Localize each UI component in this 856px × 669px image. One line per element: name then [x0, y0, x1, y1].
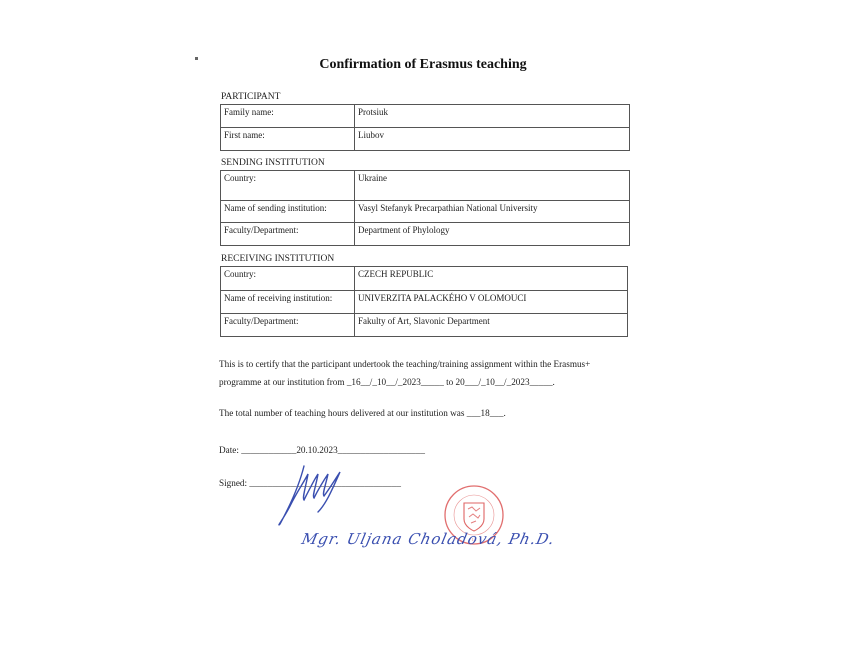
receiving-faculty-value: Fakulty of Art, Slavonic Department [355, 314, 628, 337]
first-name-value: Liubov [355, 128, 630, 151]
teaching-hours-line: The total number of teaching hours deliv… [219, 404, 506, 422]
receiving-country-value: CZECH REPUBLIC [355, 267, 628, 291]
sending-faculty-label: Faculty/Department: [221, 223, 355, 246]
table-row: Faculty/Department: Fakulty of Art, Slav… [221, 314, 628, 337]
receiving-institution-table: Country: CZECH REPUBLIC Name of receivin… [220, 266, 628, 337]
sending-country-value: Ukraine [355, 171, 630, 201]
receiving-faculty-label: Faculty/Department: [221, 314, 355, 337]
table-row: Name of receiving institution: UNIVERZIT… [221, 291, 628, 314]
sending-institution-name-value: Vasyl Stefanyk Precarpathian National Un… [355, 201, 630, 223]
family-name-value: Protsiuk [355, 105, 630, 128]
first-name-label: First name: [221, 128, 355, 151]
sending-country-label: Country: [221, 171, 355, 201]
table-row: Faculty/Department: Department of Phylol… [221, 223, 630, 246]
receiving-section-label: RECEIVING INSTITUTION [221, 254, 334, 264]
signature-scribble-icon [270, 462, 350, 532]
table-row: First name: Liubov [221, 128, 630, 151]
participant-section-label: PARTICIPANT [221, 92, 280, 102]
participant-table: Family name: Protsiuk First name: Liubov [220, 104, 630, 151]
table-row: Family name: Protsiuk [221, 105, 630, 128]
receiving-institution-name-value: UNIVERZITA PALACKÉHO V OLOMOUCI [355, 291, 628, 314]
date-line: Date: ____________20.10.2023____________… [219, 441, 425, 459]
certify-line-2: programme at our institution from _16__/… [219, 373, 555, 391]
table-row: Country: CZECH REPUBLIC [221, 267, 628, 291]
document-title: Confirmation of Erasmus teaching [0, 57, 846, 73]
table-row: Name of sending institution: Vasyl Stefa… [221, 201, 630, 223]
receiving-institution-name-label: Name of receiving institution: [221, 291, 355, 314]
sending-institution-table: Country: Ukraine Name of sending institu… [220, 170, 630, 246]
handwritten-signatory-name: Mgr. Uljana Choladová, Ph.D. [300, 530, 557, 548]
table-row: Country: Ukraine [221, 171, 630, 201]
certify-line-1: This is to certify that the participant … [219, 355, 590, 373]
sending-institution-name-label: Name of sending institution: [221, 201, 355, 223]
family-name-label: Family name: [221, 105, 355, 128]
sending-section-label: SENDING INSTITUTION [221, 158, 325, 168]
receiving-country-label: Country: [221, 267, 355, 291]
sending-faculty-value: Department of Phylology [355, 223, 630, 246]
